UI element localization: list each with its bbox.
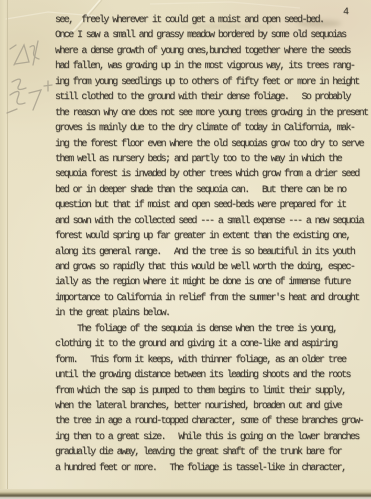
typed-line: until the growing distance between its l…: [55, 368, 371, 383]
paper-bottom-edge: [0, 489, 371, 499]
typed-text-block: see, freely wherever it could get a mois…: [55, 13, 371, 476]
typed-line: still clothed to the ground with their d…: [55, 90, 371, 105]
typed-line: ing the forest floor even where the old …: [55, 137, 371, 152]
paper-left-edge: [0, 0, 8, 491]
typed-line: The foliage of the sequoia is dense when…: [55, 322, 371, 337]
typed-line: ially as the region where it might be do…: [55, 275, 371, 290]
pencil-marginalia: [2, 35, 62, 155]
typed-line: question but that if moist and open seed…: [55, 198, 371, 213]
typed-line: along its general range. And the tree is…: [55, 245, 371, 260]
typed-line: forest would spring up far greater in ex…: [55, 229, 371, 244]
typed-line: bed or in deeper shade than the sequoia …: [55, 183, 371, 198]
typed-line: ing from young seedlings up to others of…: [55, 75, 371, 90]
typed-line: and sown with the collected seed --- a s…: [55, 214, 371, 229]
typed-line: the tree in age a round-topped character…: [55, 414, 371, 429]
typed-line: importance to California in relief from …: [55, 291, 371, 306]
manuscript-page: 4 see, freely wherever it could get a mo…: [0, 0, 371, 499]
typed-line: had fallen, was growing up in the most v…: [55, 59, 371, 74]
typed-line: the reason why one does not see more you…: [55, 106, 371, 121]
typed-line: a hundred feet or more. The foliage is t…: [55, 461, 371, 476]
typed-line: gradually die away, leaving the great sh…: [55, 445, 371, 460]
typed-line: form. This form it keeps, with thinner f…: [55, 353, 371, 368]
typed-line: and grows so rapidly that this would be …: [55, 260, 371, 275]
typed-line: when the lateral branches, better nouris…: [55, 399, 371, 414]
typed-line: where a dense growth of young ones,bunch…: [55, 44, 371, 59]
typed-line: in the great plains below.: [55, 306, 371, 321]
typed-line: groves is mainly due to the dry climate …: [55, 121, 371, 136]
typed-line: them well as nursery beds; and partly to…: [55, 152, 371, 167]
typed-line: ing then to a great size. While this is …: [55, 430, 371, 445]
typed-line: from which the sap is pumped to them beg…: [55, 384, 371, 399]
typed-line: clothing it to the ground and giving it …: [55, 337, 371, 352]
typed-line: Once I saw a small and grassy meadow bor…: [55, 28, 371, 43]
typed-line: see, freely wherever it could get a mois…: [55, 13, 371, 28]
typed-line: sequoia forest is invaded by other trees…: [55, 167, 371, 182]
